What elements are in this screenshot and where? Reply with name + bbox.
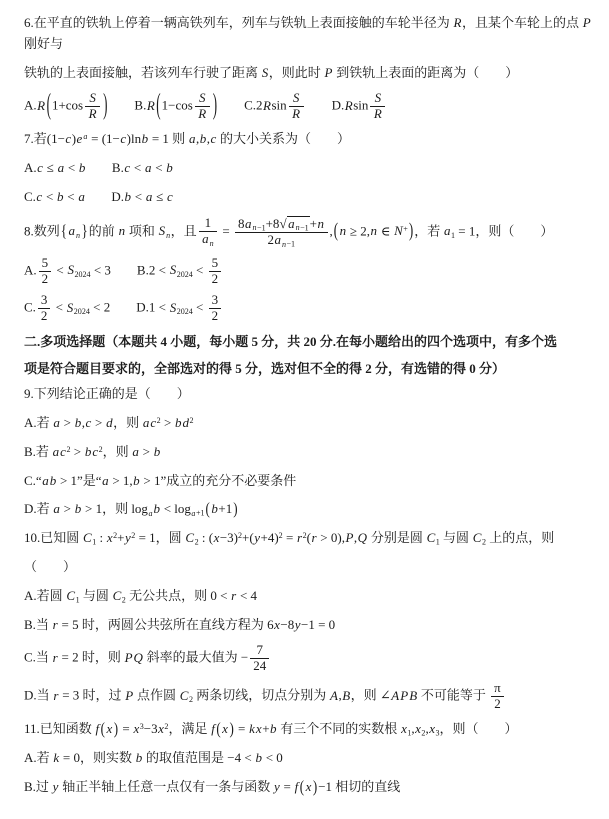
math-variable: c [85,415,92,430]
math-variable: a [68,223,76,238]
stretched-bracket: ) [114,716,118,743]
math-variable: x [213,530,220,545]
math-variable: P [582,15,591,30]
math-variable: B [342,688,351,703]
math-variable: x [222,721,229,736]
math-variable: c [167,189,174,204]
math-variable: S [158,223,166,238]
fraction: SR [289,91,304,122]
stretched-bracket: ( [156,81,160,129]
math-variable: r [53,688,59,703]
math-variable: c [120,131,127,146]
math-variable: a [245,216,253,231]
math-variable: r [311,530,317,545]
math-variable: n [76,231,81,240]
math-variable: C [66,588,76,603]
math-variable: b [135,750,143,765]
math-variable: S [261,65,269,80]
math-variable: S [292,90,300,105]
math-variable: b [270,721,278,736]
math-variable: R [453,15,462,30]
math-variable: a [102,473,110,488]
stretched-bracket: ) [229,716,233,743]
math-variable: r [52,650,58,665]
math-variable: b [78,160,86,175]
math-variable: c [150,415,157,430]
math-variable: S [66,300,74,315]
math-variable: b [133,473,141,488]
math-variable: a [288,216,296,231]
math-variable: a [144,160,152,175]
q9-option-d: D.若 a > b > 1，则 logab < loga+1(b+1) [24,499,595,520]
math-variable: b [124,189,132,204]
fraction: 52 [39,256,52,287]
stretched-bracket: ( [300,773,304,800]
math-variable: R [88,106,97,121]
math-variable: n [166,231,171,240]
math-variable: b [199,131,207,146]
math-variable: n [339,223,347,238]
math-variable: R [146,98,155,113]
math-variable: r [52,617,58,632]
math-variable: S [89,90,97,105]
stretched-bracket: } [82,218,88,245]
q9-text: 9.下列结论正确的是（ ） [24,384,595,405]
fraction: 52 [209,256,222,287]
math-variable: d [106,415,114,430]
math-variable: b [74,501,82,516]
q6-options: A.R(1+cosSR) B.R(1−cosSR) C.2RsinSR D.Rs… [24,91,595,122]
math-variable: a [188,131,196,146]
document-body: 6.在平直的铁轨上停着一辆高铁列车，列车与铁轨上表面接触的车轮半径为 R，且某个… [24,13,595,798]
math-variable: P [345,530,354,545]
math-variable: b [153,501,161,516]
math-variable: n [118,223,126,238]
q8-options-ab: A.52 < S2024 < 3 B.2 < S2024 < 52 [24,256,595,287]
math-variable: x [274,617,281,632]
math-variable: b [175,415,183,430]
q8-options-cd: C.32 < S2024 < 2 D.1 < S2024 < 32 [24,293,595,324]
math-variable: R [198,106,207,121]
q10-option-b: B.当 r = 5 时，两圆公共弦所在直线方程为 6x−8y−1 = 0 [24,615,595,636]
q9-option-b: B.若 ac2 > bc2，则 a > b [24,442,595,463]
math-variable: R [263,98,272,113]
math-variable: b [84,444,92,459]
fraction: SR [85,91,100,122]
stretched-bracket: { [61,218,67,245]
math-variable: n [281,240,286,249]
fraction: SR [370,91,385,122]
q7-text: 7.若(1−c)ea = (1−c)lnb = 1 则 a,b,c 的大小关系为… [24,129,595,150]
fraction: 1an [199,216,218,247]
exam-document-page: 6.在平直的铁轨上停着一辆高铁列车，列车与铁轨上表面接触的车轮半径为 R，且某个… [0,0,609,812]
math-variable: a [83,132,88,141]
q10-text-1: 10.已知圆 C1 : x2+y2 = 1，圆 C2 : (x−3)2+(y+4… [24,528,595,549]
math-variable: b [74,415,82,430]
math-variable: n [295,223,300,232]
math-variable: c [210,131,217,146]
math-variable: b [49,473,57,488]
math-variable: N [394,223,404,238]
math-variable: k [53,750,60,765]
math-variable: n [317,216,325,231]
math-variable: C [185,530,195,545]
math-variable: A [329,688,338,703]
math-variable: a [53,415,61,430]
math-variable: x [106,721,113,736]
math-variable: C [179,688,189,703]
math-variable: b [57,189,65,204]
q7-options-ab: A.c ≤ a < b B.c < a < b [24,158,595,179]
math-variable: S [374,90,382,105]
math-variable: x [133,721,140,736]
stretched-bracket: ( [206,496,210,523]
math-variable: c [37,160,44,175]
q10-option-a: A.若圆 C1 与圆 C2 无公共点，则 0 < r < 4 [24,586,595,607]
math-variable: a [52,444,60,459]
math-variable: C [83,530,93,545]
math-variable: b [211,501,219,516]
math-variable: C [472,530,482,545]
q10-option-d: D.当 r = 3 时，过 P 点作圆 C2 两条切线，切点分别为 A,B，则 … [24,681,595,712]
math-variable: B [409,688,418,703]
math-variable: P [125,688,134,703]
math-variable: r [231,588,237,603]
math-variable: R [292,106,301,121]
math-variable: S [169,300,177,315]
math-variable: y [294,617,301,632]
math-variable: a [191,509,196,518]
math-variable: b [153,444,161,459]
stretched-bracket: ) [213,81,217,129]
q8-text: 8.数列{an}的前 n 项和 Sn，且1an = 8an−1+8√an−1+n… [24,216,595,249]
math-variable: a [202,231,210,246]
math-variable: n [252,223,257,232]
math-variable: Q [133,650,143,665]
math-variable: c [65,131,72,146]
q6-text-1: 6.在平直的铁轨上停着一辆高铁列车，列车与铁轨上表面接触的车轮半径为 R，且某个… [24,13,595,55]
math-variable: f [211,721,216,736]
fraction: 32 [209,293,222,324]
q9-option-a: A.若 a > b,c > d，则 ac2 > bd2 [24,413,595,434]
square-root: √an−1 [279,216,309,232]
math-variable: S [199,90,207,105]
math-variable: R [373,106,382,121]
math-variable: n [370,223,378,238]
stretched-bracket: ( [216,716,220,743]
stretched-bracket: ) [409,215,413,246]
q9-option-c: C.“ab > 1”是“a > 1,b > 1”成立的充分不必要条件 [24,471,595,492]
math-variable: e [76,131,83,146]
math-variable: a [57,160,65,175]
math-variable: d [182,415,190,430]
stretched-bracket: ( [334,215,338,246]
math-variable: a [142,415,150,430]
math-variable: b [141,131,149,146]
math-variable: Q [357,530,367,545]
q11-option-a: A.若 k = 0，则实数 b 的取值范围是 −4 < b < 0 [24,748,595,769]
fraction: 8an−1+8√an−1+n2an−1 [235,216,328,249]
q7-options-cd: C.c < b < a D.b < a ≤ c [24,187,595,208]
math-variable: a [443,223,451,238]
math-variable: C [426,530,436,545]
math-variable: f [95,721,100,736]
section-2-header-2: 项是符合题目要求的，全部选对的得 5 分，选对但不全的得 2 分，有选错的得 0… [24,358,595,379]
math-variable: R [344,98,353,113]
math-variable: c [36,189,43,204]
q6-text-2: 铁轨的上表面接触，若该列车行驶了距离 S，则此时 P 到铁轨上表面的距离为（ ） [24,63,595,84]
math-variable: S [169,262,177,277]
math-variable: c [124,160,131,175]
stretched-bracket: ( [47,81,51,129]
fraction: π2 [491,681,504,712]
stretched-bracket: ) [313,773,317,800]
stretched-bracket: ) [103,81,107,129]
math-variable: a [145,189,153,204]
q11-text: 11.已知函数 f(x) = x3−3x2，满足 f(x) = kx+b 有三个… [24,719,595,740]
math-variable: y [52,779,59,794]
math-variable: a [132,444,140,459]
math-variable: a [78,189,86,204]
math-variable: n [209,239,214,248]
q11-option-b: B.过 y 轴正半轴上任意一点仅有一条与函数 y = f(x)−1 相切的直线 [24,777,595,798]
math-variable: P [124,650,133,665]
q10-text-2: （ ） [24,557,595,578]
q10-option-c: C.当 r = 2 时，则 PQ 斜率的最大值为 −724 [24,643,595,674]
fraction: 32 [38,293,51,324]
math-variable: x [305,779,312,794]
math-variable: y [254,530,261,545]
math-variable: R [37,98,46,113]
fraction: 724 [250,643,269,674]
section-2-header-1: 二.多项选择题（本题共 4 小题，每小题 5 分，共 20 分.在每小题给出的四… [24,331,595,352]
math-variable: A [391,688,400,703]
math-variable: b [255,750,263,765]
math-variable: f [294,779,299,794]
fraction: SR [195,91,210,122]
math-variable: P [324,65,333,80]
math-variable: b [166,160,174,175]
stretched-bracket: ( [101,716,105,743]
math-variable: x [255,721,262,736]
math-variable: c [92,444,99,459]
math-variable: C [112,588,122,603]
math-variable: a [53,501,61,516]
math-variable: P [400,688,409,703]
math-variable: y [273,779,280,794]
stretched-bracket: ) [233,496,237,523]
